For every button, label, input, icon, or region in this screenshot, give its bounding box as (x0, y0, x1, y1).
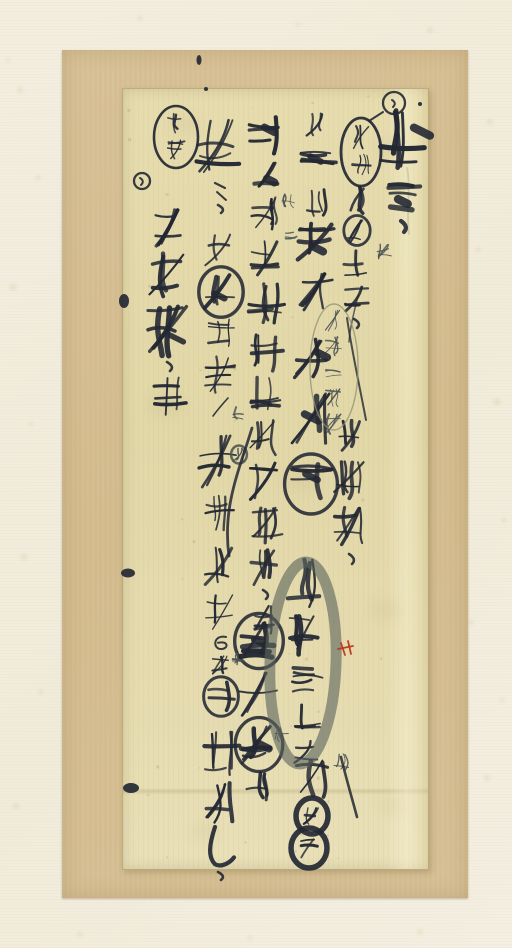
calligraphy-ink-layer (0, 0, 512, 948)
revision-loops (266, 304, 358, 868)
album-page: 七古 (0, 0, 512, 948)
paper-texture-spots (6, 16, 507, 941)
